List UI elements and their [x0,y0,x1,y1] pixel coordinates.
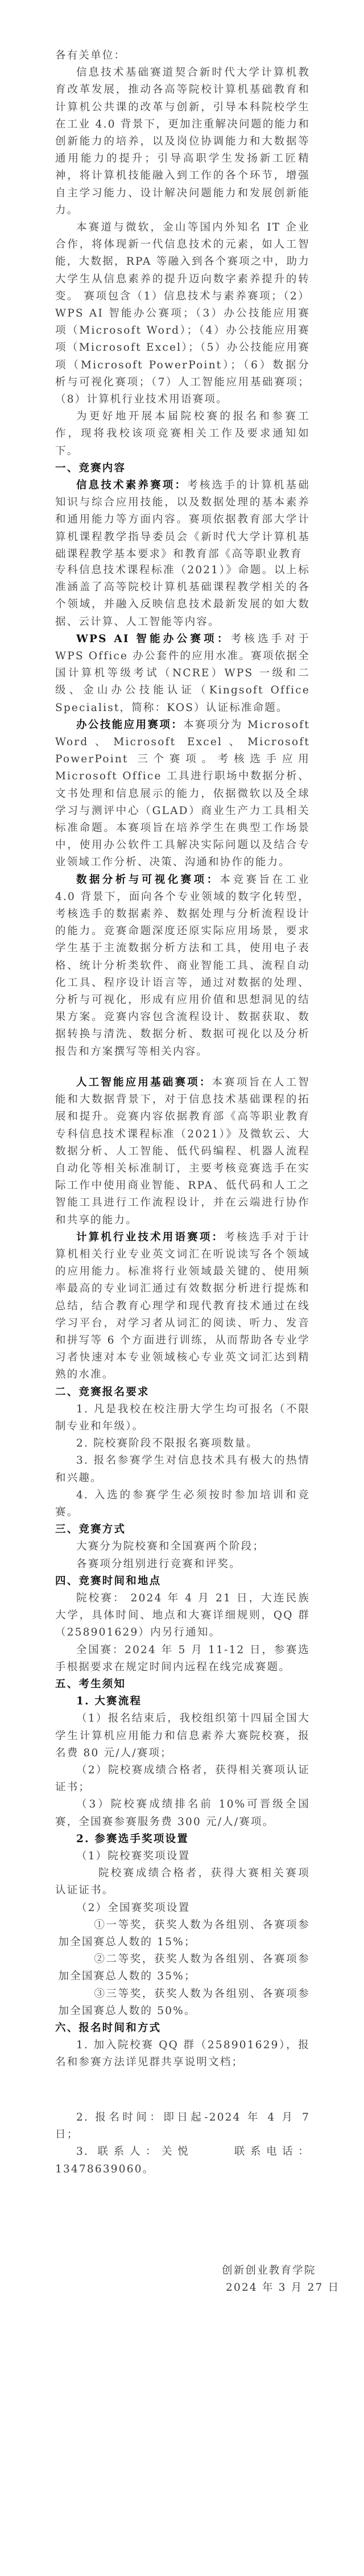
signature-date: 2024 年 3 月 27 日 [226,2279,340,2296]
process-item: （2）院校赛成绩合格者，获得相关赛项认证证书； [55,1762,310,1796]
page-3-text: 人工智能应用基础赛项：本赛项旨在人工智能和大数据背景下，对于信息技术基础课程的拓… [55,1074,310,1590]
registration-item: 1. 加入院校赛 QQ 群（258901629），报名和参赛方法详见群共享说明文… [55,2037,310,2071]
item-text: 考核选手对于 WPS Office 办公套件的应用水准。赛项依据全国计算机等级考… [55,633,310,714]
requirement-item: 1. 凡是我校在校注册大学生均可报名（不限制专业和年级）。 [55,1401,310,1435]
salutation: 各有关单位： [55,47,310,64]
item-info-literacy: 信息技术素养赛项：考核选手的计算机基础知识与综合应用技能，以及数据处理的基本素养… [55,477,310,563]
format-item: 大赛分为院校赛和全国赛两个阶段； [55,1538,310,1555]
award-item-text: 院校赛成绩合格者，获得大赛相关赛项认证证书。 [55,1867,310,1896]
registration-item: 2. 报名时间：即日起-2024 年 4 月 7 日； [55,2109,310,2143]
award-item: ②二等奖，获奖人数为各组别、各赛项参加全国赛总人数的 35%； [55,1951,310,1985]
item-ai-basics: 人工智能应用基础赛项：本赛项旨在人工智能和大数据背景下，对于信息技术基础课程的拓… [55,1074,310,1229]
intro-paragraph-2: 本赛道与微软，金山等国内外知名 IT 企业合作，将体现新一代信息技术的元素，如人… [55,219,310,408]
section-heading-content: 一、竞赛内容 [55,460,310,477]
page-5-text: 2. 报名时间：即日起-2024 年 4 月 7 日； 3. 联系人：关悦 联系… [55,2109,310,2178]
award-item: ③三等奖，获奖人数为各组别、各赛项参加全国赛总人数的 50%。 [55,1986,310,2020]
item-office-skills: 办公技能应用赛项：本赛项分为 Microsoft Word、Microsoft … [55,717,310,872]
item-text: 本赛项旨在人工智能和大数据背景下，对于信息技术基础课程的拓展和提升。竞赛内容依据… [55,1077,310,1226]
registration-item: 3. 联系人：关悦 联系电话：13478639060。 [55,2143,310,2178]
item-text: 考核选手的计算机基础知识与综合应用技能，以及数据处理的基本素养和通用能力等方面内… [55,479,310,560]
intro-paragraph-3: 为更好地开展本届院校赛的报名和参赛工作，现将我校该项竞赛相关工作及要求通知如下。 [55,408,310,460]
section-heading-format: 三、竞赛方式 [55,1521,310,1538]
item-tech-terms: 计算机行业技术用语赛项：考核选手对于计算机相关行业专业英文词汇在听说读写各个领域… [55,1229,310,1384]
page-1-text: 各有关单位： 信息技术基础赛道契合新时代大学计算机教育改革发展，推动各高等院校计… [55,47,310,563]
item-keyword: WPS AI 智能办公赛项： [76,633,231,645]
item-info-literacy-continued: 专科信息技术课程标准（2021）》命题。以上标准涵盖了高等院校计算机基础课程教学… [55,562,310,631]
award-item: ①一等奖，获奖人数为各组别、各赛项参加全国赛总人数的 15%； [55,1917,310,1951]
item-keyword: 计算机行业技术用语赛项： [76,1231,224,1243]
signature-organization: 创新创业教育学院 [222,2262,316,2279]
process-item: （3）院校赛成绩排名前 10%可晋级全国赛，全国赛参赛服务费 300 元/人/赛… [55,1796,310,1830]
time-place-item: 院校赛： 2024 年 4 月 21 日，大连民族大学，具体时间、地点和大赛详细… [55,1590,310,1642]
item-keyword: 信息技术素养赛项： [76,479,187,491]
item-wps-ai: WPS AI 智能办公赛项：考核选手对于 WPS Office 办公套件的应用水… [55,631,310,717]
item-text: 本竞赛旨在工业 4.0 背景下，面向各个专业领域的数字化转型，考核选手的数据素养… [55,874,310,1058]
section-heading-notice: 五、考生须知 [55,1676,310,1693]
requirement-item: 2. 院校赛阶段不限报名赛项数量。 [55,1435,310,1452]
item-data-analysis: 数据分析与可视化赛项：本竞赛旨在工业 4.0 背景下，面向各个专业领域的数字化转… [55,872,310,1061]
item-keyword: 办公技能应用赛项： [76,719,183,731]
time-place-item: 全国赛：2024 年 5 月 11-12 日，参赛选手根据要求在规定时间内远程在… [55,1642,310,1676]
subsection-heading-awards: 2. 参赛选手奖项设置 [55,1831,310,1848]
award-group-label: （1）院校赛奖项设置 [55,1848,310,1865]
process-item: （1）报名结束后，我校组织第十四届全国大学生计算机应用能力和信息素养大赛院校赛，… [55,1710,310,1762]
item-text: 本赛项分为 Microsoft Word、Microsoft Excel、Mic… [55,719,310,869]
item-keyword: 人工智能应用基础赛项： [76,1077,212,1088]
item-text: 考核选手对于计算机相关行业专业英文词汇在听说读写各个领域的应用能力。标准将行业领… [55,1231,310,1381]
intro-paragraph-1: 信息技术基础赛道契合新时代大学计算机教育改革发展，推动各高等院校计算机基础教育和… [55,64,310,219]
section-heading-time-place: 四、竞赛时间和地点 [55,1573,310,1590]
award-group-label: （2）全国赛奖项设置 [55,1900,310,1917]
format-item: 各赛项分组别进行竞赛和评奖。 [55,1556,310,1573]
subsection-heading-process: 1. 大赛流程 [55,1693,310,1710]
page-4-text: 院校赛： 2024 年 4 月 21 日，大连民族大学，具体时间、地点和大赛详细… [55,1590,310,2072]
requirement-item: 4. 入选的参赛学生必须按时参加培训和竞赛。 [55,1487,310,1521]
award-item: 院校赛成绩合格者，获得大赛相关赛项认证证书。 [55,1865,310,1899]
requirement-item: 3. 报名参赛学生对信息技术具有极大的热情和兴趣。 [55,1452,310,1486]
page-2-text: 专科信息技术课程标准（2021）》命题。以上标准涵盖了高等院校计算机基础课程教学… [55,562,310,1061]
section-heading-registration: 六、报名时间和方式 [55,2020,310,2037]
item-keyword: 数据分析与可视化赛项： [76,874,220,886]
section-heading-requirements: 二、竞赛报名要求 [55,1384,310,1401]
